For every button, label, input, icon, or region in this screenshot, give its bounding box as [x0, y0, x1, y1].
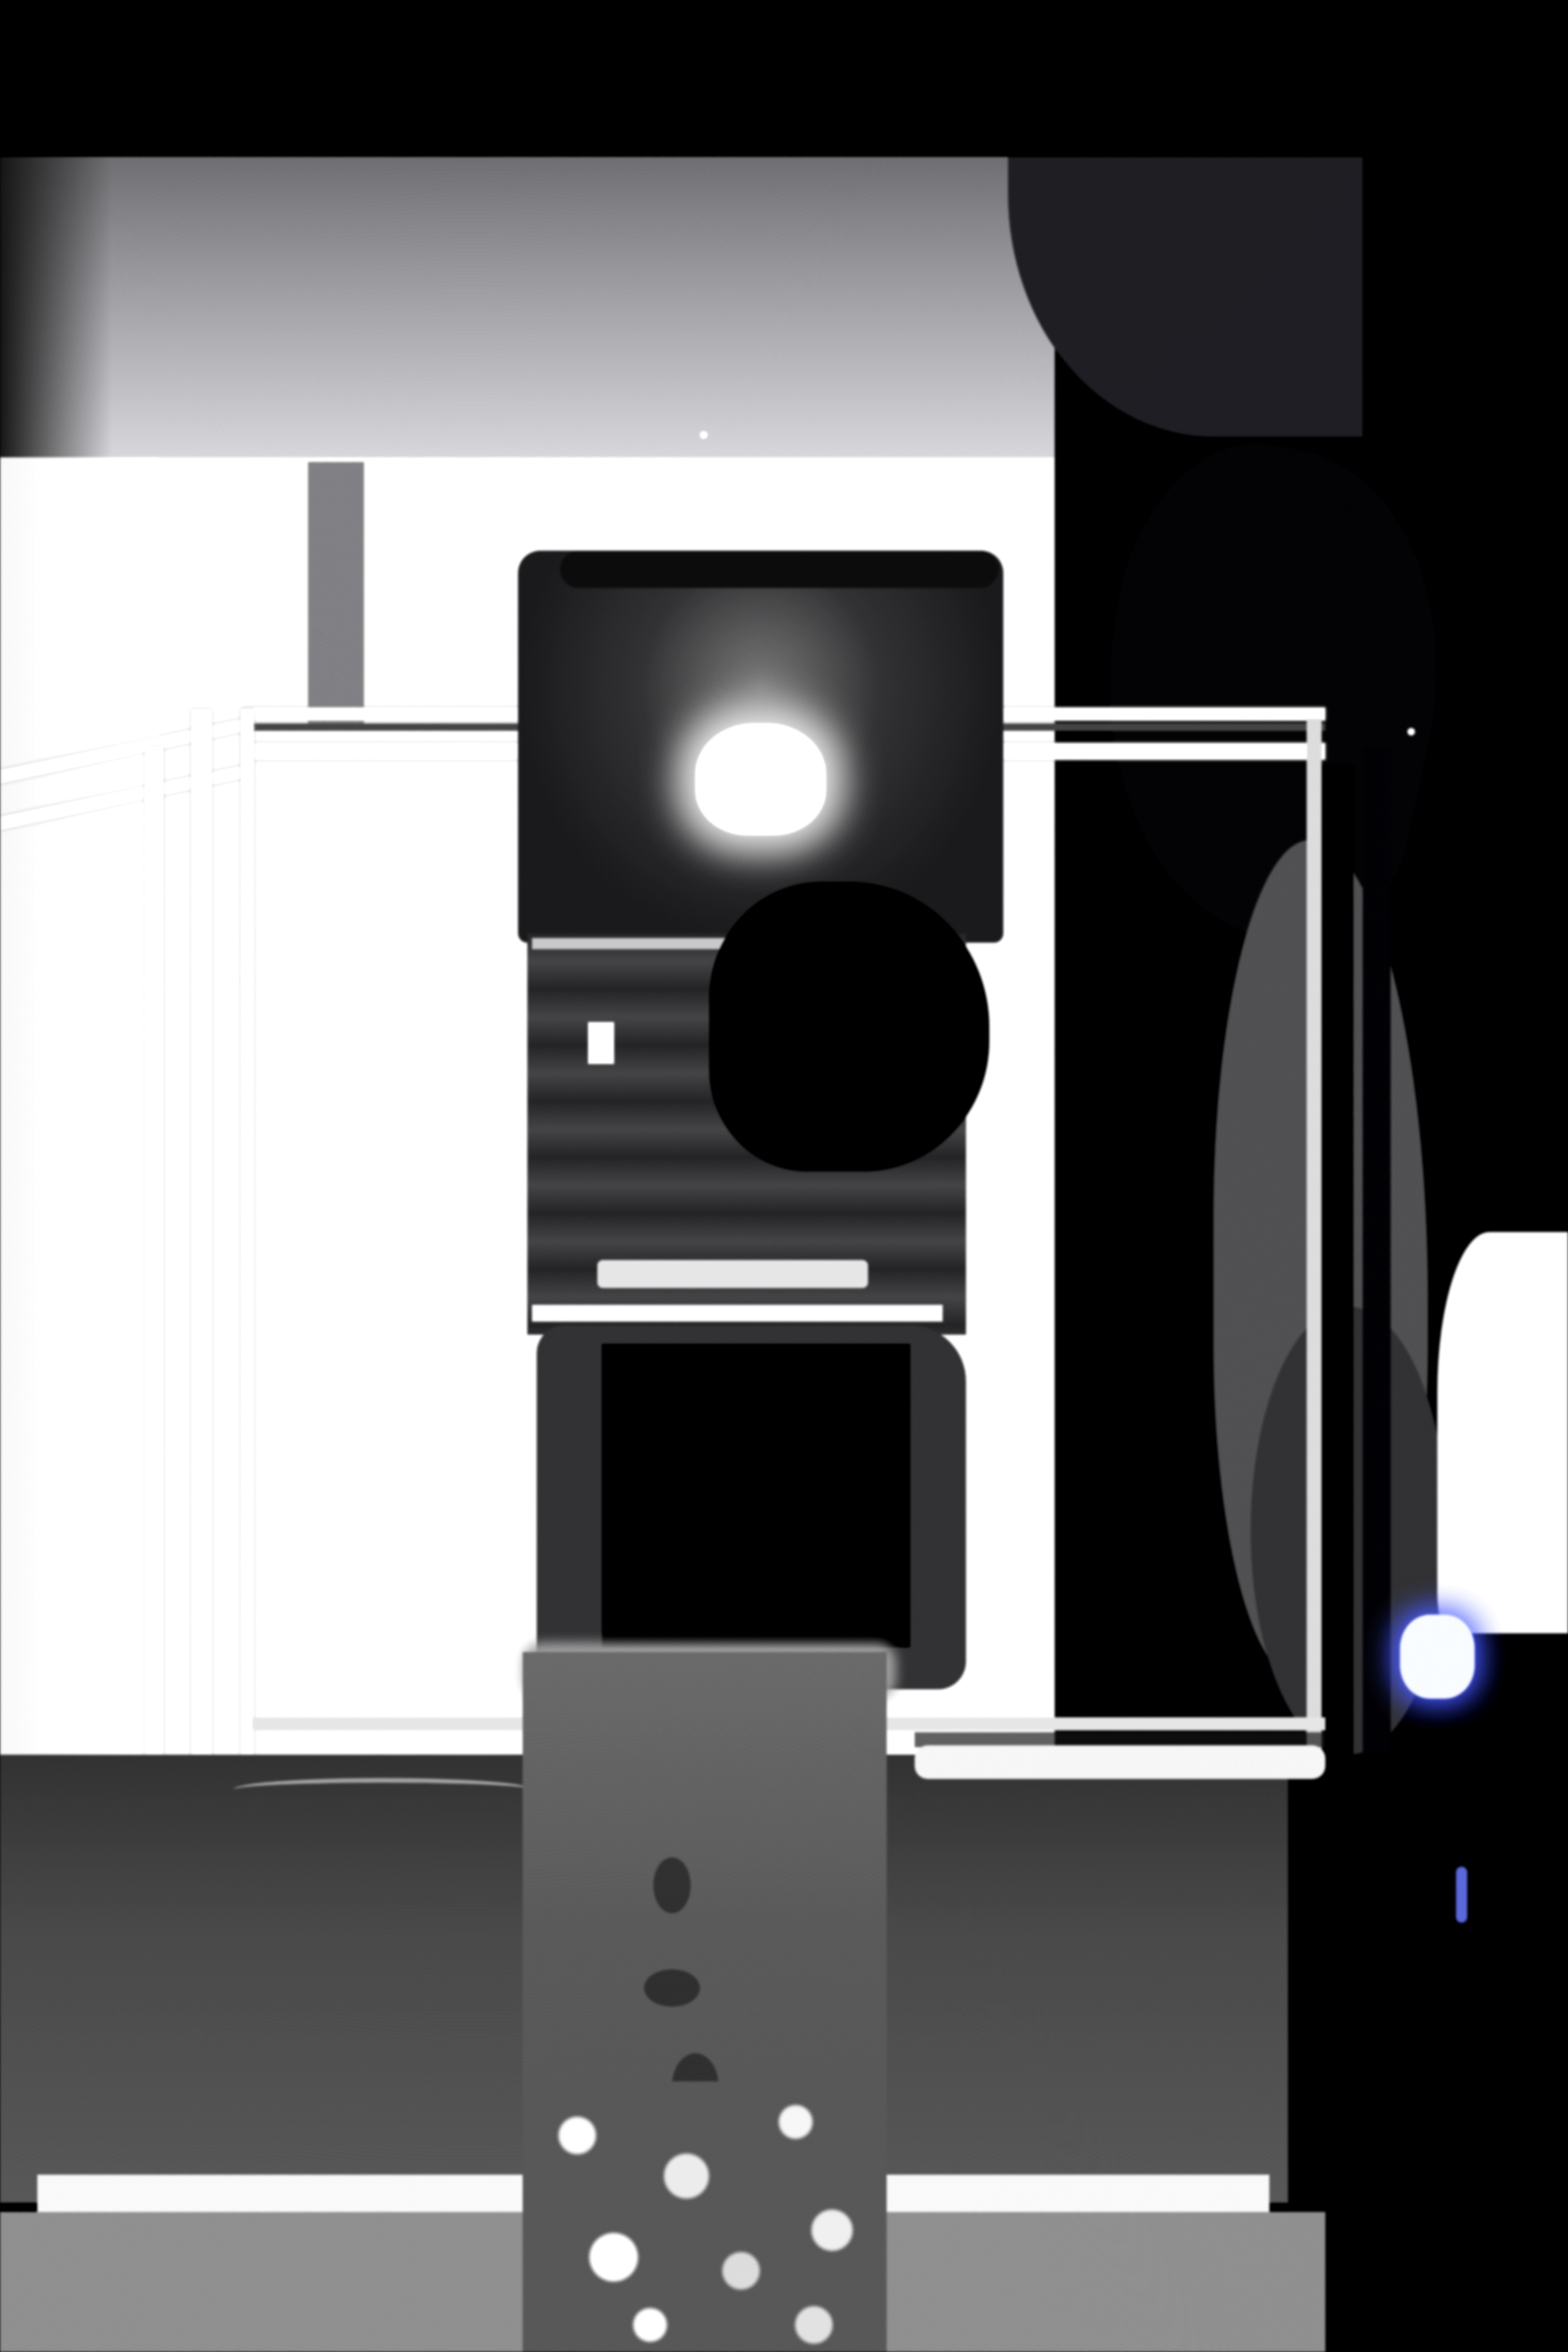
- photograph: [0, 0, 1568, 2352]
- film-grain-overlay: [0, 0, 1568, 2352]
